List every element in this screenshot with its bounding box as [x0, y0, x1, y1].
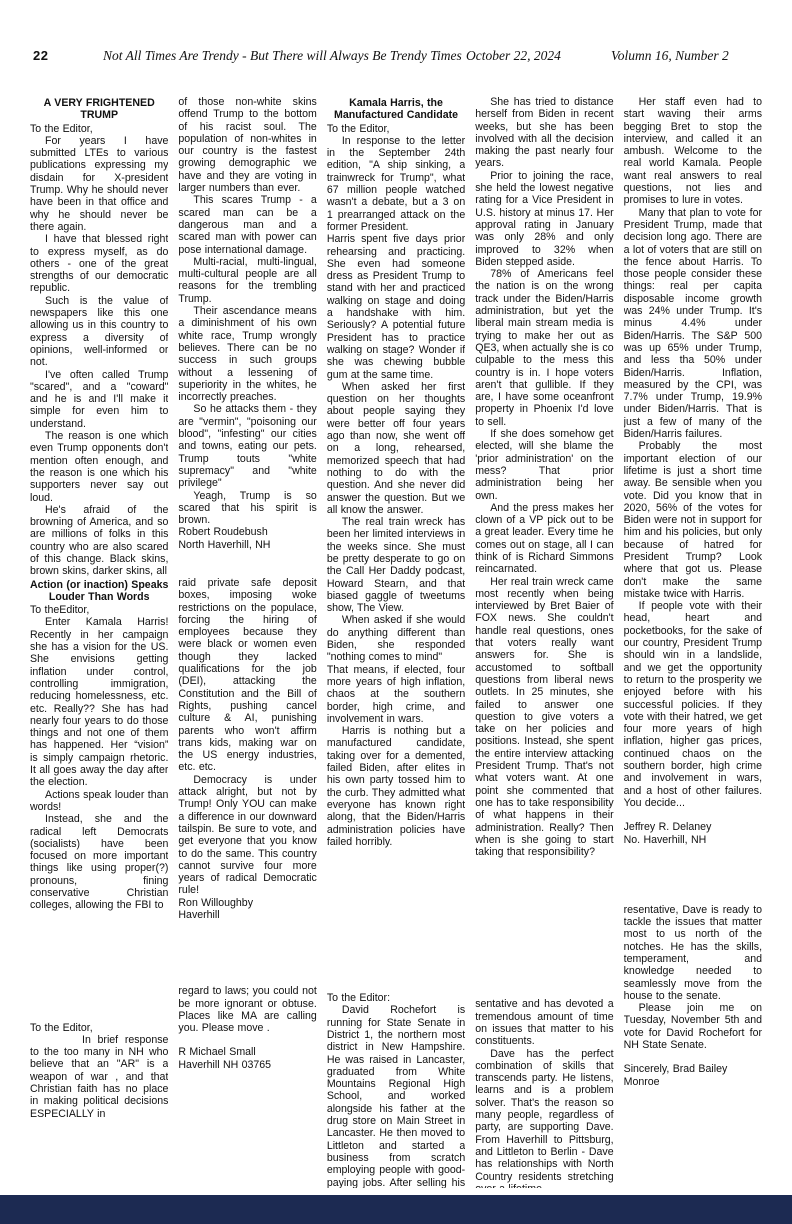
column-4: She has tried to distance herself from B…: [475, 96, 613, 1188]
letters-to-editor-columns: A VERY FRIGHTENED TRUMPTo the Editor,For…: [30, 96, 762, 1188]
signature-line: No. Haverhill, NH: [624, 834, 762, 846]
paragraph: Her real train wreck came most recently …: [475, 576, 613, 859]
salutation: To the Editor,: [30, 123, 168, 135]
paragraph: Democracy is under attack alright, but n…: [178, 774, 316, 897]
paragraph: sentative and has devoted a tremendous a…: [475, 998, 613, 1047]
column-3: Kamala Harris, the Manufactured Candidat…: [327, 96, 465, 1188]
letter-heading: Action (or inaction) Speaks Louder Than …: [30, 579, 168, 604]
paragraph: She has tried to distance herself from B…: [475, 96, 613, 170]
paragraph: I have that blessed right to express mys…: [30, 233, 168, 294]
paragraph: Such is the value of newspapers like thi…: [30, 295, 168, 369]
paragraph: Instead, she and the radical left Democr…: [30, 813, 168, 911]
paragraph: The real train wreck has been her limite…: [327, 516, 465, 614]
masthead-motto: Not All Times Are Trendy - But There wil…: [103, 48, 462, 64]
paragraph: 78% of Americans feel the nation is on t…: [475, 268, 613, 428]
paragraph: Enter Kamala Harris! Recently in her cam…: [30, 616, 168, 788]
page-number: 22: [33, 48, 48, 63]
paragraph: And the press makes her clown of a VP pi…: [475, 502, 613, 576]
column-5: Her staff even had to start waving their…: [624, 96, 762, 1188]
paragraph: David Rochefort is running for State Sen…: [327, 1004, 465, 1188]
paragraph: In brief response to the too many in NH …: [30, 1034, 168, 1120]
paragraph: Harris spent five days prior rehearsing …: [327, 233, 465, 381]
paragraph: of those non-white skins offend Trump to…: [178, 96, 316, 194]
paragraph: If she does somehow get elected, will sh…: [475, 428, 613, 502]
page-header: 22 Not All Times Are Trendy - But There …: [0, 48, 792, 68]
paragraph: Actions speak louder than words!: [30, 789, 168, 814]
paragraph: Prior to joining the race, she held the …: [475, 170, 613, 268]
issue-date: October 22, 2024: [466, 48, 561, 64]
paragraph: If people vote with their head, heart an…: [624, 600, 762, 809]
signature-line: Monroe: [624, 1076, 762, 1088]
paragraph: When asked if she would do anything diff…: [327, 614, 465, 663]
paragraph: Probably the most important election of …: [624, 440, 762, 600]
signature-line: Jeffrey R. Delaney: [624, 821, 762, 833]
paragraph: For years I have submitted LTEs to vario…: [30, 135, 168, 233]
signature-line: North Haverhill, NH: [178, 539, 316, 551]
salutation: To the Editor,: [327, 123, 465, 135]
salutation: To the Editor:: [327, 992, 465, 1004]
signature-line: Robert Roudebush: [178, 526, 316, 538]
footer-bar: [0, 1195, 792, 1224]
paragraph: Many that plan to vote for President Tru…: [624, 207, 762, 441]
paragraph: This scares Trump - a scared man can be …: [178, 194, 316, 255]
salutation: To the Editor,: [30, 1022, 168, 1034]
paragraph: The reason is one which even Trump oppon…: [30, 430, 168, 504]
paragraph: In response to the letter in the Septemb…: [327, 135, 465, 233]
signature-line: Sincerely, Brad Bailey: [624, 1063, 762, 1075]
salutation: To theEditor,: [30, 604, 168, 616]
paragraph: raid private safe deposit boxes, imposin…: [178, 577, 316, 774]
paragraph: That means, if elected, four more years …: [327, 664, 465, 725]
paragraph: Their ascendance means a diminishment of…: [178, 305, 316, 403]
signature-line: Ron Willoughby: [178, 897, 316, 909]
paragraph: Yeagh, Trump is so scared that his spiri…: [178, 490, 316, 527]
paragraph: resentative, Dave is ready to tackle the…: [624, 904, 762, 1002]
paragraph: Please join me on Tuesday, November 5th …: [624, 1002, 762, 1051]
paragraph: Dave has the perfect combination of skil…: [475, 1048, 613, 1188]
letter-heading: A VERY FRIGHTENED TRUMP: [30, 97, 168, 122]
column-1: A VERY FRIGHTENED TRUMPTo the Editor,For…: [30, 96, 168, 1188]
paragraph: Her staff even had to start waving their…: [624, 96, 762, 207]
paragraph: Multi-racial, multi-lingual, multi-cultu…: [178, 256, 316, 305]
column-2: of those non-white skins offend Trump to…: [178, 96, 316, 1188]
paragraph: Harris is nothing but a manufactured can…: [327, 725, 465, 848]
volume-number: Volumn 16, Number 2: [611, 48, 729, 64]
paragraph: regard to laws; you could not be more ig…: [178, 985, 316, 1034]
paragraph: I've often called Trump "scared", and a …: [30, 369, 168, 430]
signature-line: Haverhill NH 03765: [178, 1059, 316, 1071]
signature-line: R Michael Small: [178, 1046, 316, 1058]
paragraph: When asked her first question on her tho…: [327, 381, 465, 516]
letter-heading: Kamala Harris, the Manufactured Candidat…: [327, 97, 465, 122]
paragraph: He's afraid of the browning of America, …: [30, 504, 168, 578]
signature-line: Haverhill: [178, 909, 316, 921]
paragraph: So he attacks them - they are "vermin", …: [178, 403, 316, 489]
